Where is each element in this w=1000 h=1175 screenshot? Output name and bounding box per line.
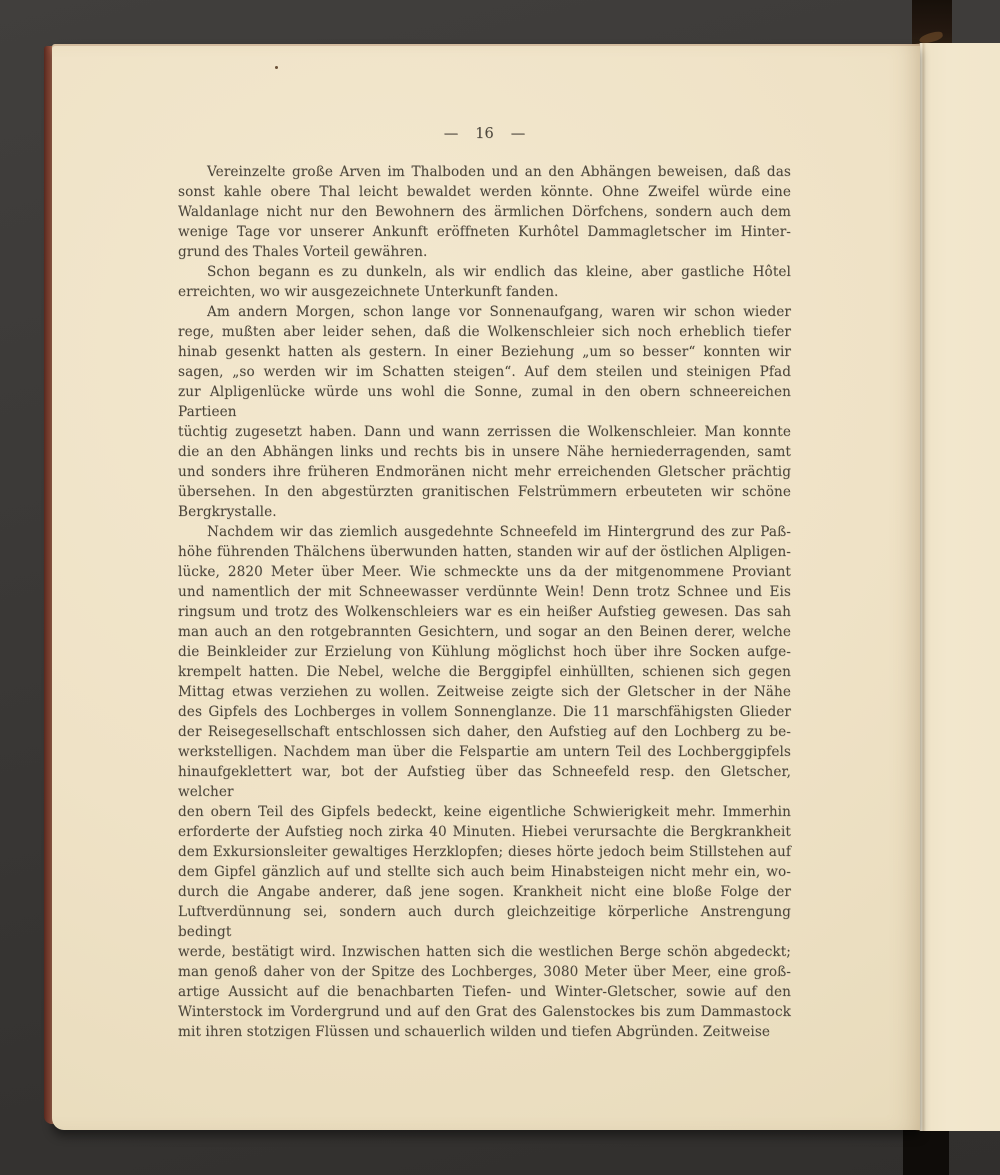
text-line: und sonders ihre früheren Endmoränen nic…	[178, 462, 791, 482]
book-spine-top	[912, 0, 952, 46]
text-line: höhe führenden Thälchens überwunden hatt…	[178, 542, 791, 562]
text-line: die an den Abhängen links und rechts bis…	[178, 442, 791, 462]
text-line: Winterstock im Vordergrund und auf den G…	[178, 1002, 791, 1022]
page-number: 16	[475, 126, 493, 142]
text-line: Am andern Morgen, schon lange vor Sonnen…	[178, 302, 791, 322]
text-line: erreichten, wo wir ausgezeichnete Unterk…	[178, 282, 791, 302]
header-dash-right: —	[511, 126, 526, 142]
text-line: Luftverdünnung sei, sondern auch durch g…	[178, 902, 791, 942]
text-line: man auch an den rotgebrannten Gesichtern…	[178, 622, 791, 642]
text-line: ringsum und trotz des Wolkenschleiers wa…	[178, 602, 791, 622]
text-line: Waldanlage nicht nur den Bewohnern des ä…	[178, 202, 791, 222]
text-line: dem Gipfel gänzlich auf und stellte sich…	[178, 862, 791, 882]
text-line: sagen, „so werden wir im Schatten steige…	[178, 362, 791, 382]
text-line: zur Alpligenlücke würde uns wohl die Son…	[178, 382, 791, 422]
text-line: werkstelligen. Nachdem man über die Fels…	[178, 742, 791, 762]
paragraph: Am andern Morgen, schon lange vor Sonnen…	[178, 302, 791, 522]
text-line: Mittag etwas verziehen zu wollen. Zeitwe…	[178, 682, 791, 702]
text-line: werde, bestätigt wird. Inzwischen hatten…	[178, 942, 791, 962]
text-line: man genoß daher von der Spitze des Lochb…	[178, 962, 791, 982]
text-line: Bergkrystalle.	[178, 502, 791, 522]
book-spine-bottom	[903, 1128, 949, 1175]
text-line: sonst kahle obere Thal leicht bewaldet w…	[178, 182, 791, 202]
page-speck	[275, 66, 278, 69]
text-line: dem Exkursionsleiter gewaltiges Herzklop…	[178, 842, 791, 862]
text-line: Schon begann es zu dunkeln, als wir endl…	[178, 262, 791, 282]
paragraph: Vereinzelte große Arven im Thalboden und…	[178, 162, 791, 262]
text-line: durch die Angabe anderer, daß jene sogen…	[178, 882, 791, 902]
page-text: Vereinzelte große Arven im Thalboden und…	[178, 162, 791, 1042]
header-dash-left: —	[444, 126, 459, 142]
text-line: des Gipfels des Lochberges in vollem Son…	[178, 702, 791, 722]
text-line: und namentlich der mit Schneewasser verd…	[178, 582, 791, 602]
text-line: übersehen. In den abgestürzten granitisc…	[178, 482, 791, 502]
book-page: — 16 — Vereinzelte große Arven im Thalbo…	[52, 44, 920, 1130]
text-line: krempelt hatten. Die Nebel, welche die B…	[178, 662, 791, 682]
text-line: grund des Thales Vorteil gewähren.	[178, 242, 791, 262]
text-line: wenige Tage vor unserer Ankunft eröffnet…	[178, 222, 791, 242]
scan-background: — 16 — Vereinzelte große Arven im Thalbo…	[0, 0, 1000, 1175]
text-line: mit ihren stotzigen Flüssen und schauerl…	[178, 1022, 791, 1042]
text-line: lücke, 2820 Meter über Meer. Wie schmeck…	[178, 562, 791, 582]
text-line: der Reisegesellschaft entschlossen sich …	[178, 722, 791, 742]
text-line: hinaufgeklettert war, bot der Aufstieg ü…	[178, 762, 791, 802]
text-line: tüchtig zugesetzt haben. Dann und wann z…	[178, 422, 791, 442]
text-line: hinab gesenkt hatten als gestern. In ein…	[178, 342, 791, 362]
text-line: Nachdem wir das ziemlich ausgedehnte Sch…	[178, 522, 791, 542]
text-line: Vereinzelte große Arven im Thalboden und…	[178, 162, 791, 182]
text-line: rege, mußten aber leider sehen, daß die …	[178, 322, 791, 342]
paragraph: Nachdem wir das ziemlich ausgedehnte Sch…	[178, 522, 791, 1042]
text-line: artige Aussicht auf die benachbarten Tie…	[178, 982, 791, 1002]
text-line: erforderte der Aufstieg noch zirka 40 Mi…	[178, 822, 791, 842]
text-line: die Beinkleider zur Erzielung von Kühlun…	[178, 642, 791, 662]
paragraph: Schon begann es zu dunkeln, als wir endl…	[178, 262, 791, 302]
page-header: — 16 —	[178, 126, 791, 142]
text-line: den obern Teil des Gipfels bedeckt, kein…	[178, 802, 791, 822]
adjacent-page	[920, 43, 1000, 1131]
